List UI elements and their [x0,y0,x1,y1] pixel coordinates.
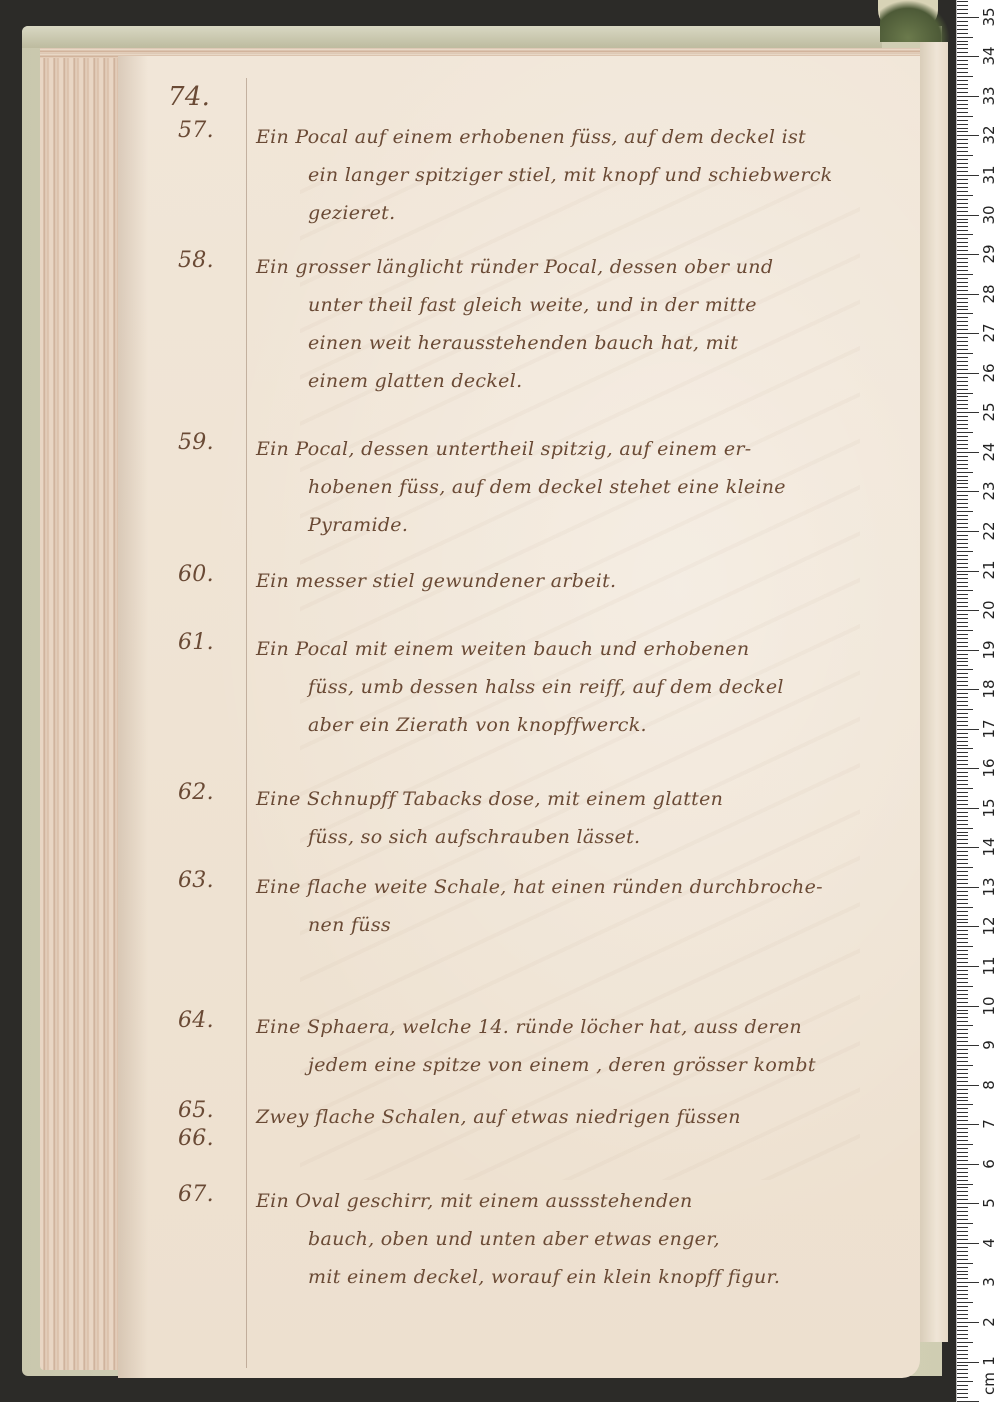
ruler-tick [957,768,979,769]
ruler-tick [957,610,979,611]
entry-text: Ein grosser länglicht ründer Pocal, dess… [256,248,906,400]
ruler-tick [957,756,968,757]
ruler-tick [957,1057,968,1058]
entry-line: füss, umb dessen halss ein reiff, auf de… [256,668,906,706]
ruler-tick [957,1322,979,1323]
ruler-tick [957,385,968,386]
ruler-tick [957,820,968,821]
ruler-tick [957,1255,968,1256]
ruler-tick [957,424,968,425]
ruler-tick [957,828,973,829]
ruler-tick [957,1278,968,1279]
ruler-tick [957,48,968,49]
ruler-tick [957,147,968,148]
ruler-cm-label: 33 [980,86,998,106]
entry-line: Eine Schnupff Tabacks dose, mit einem gl… [256,780,906,818]
ruler-tick [957,290,968,291]
ruler-tick [957,626,968,627]
ruler-tick [957,1097,968,1098]
ruler-tick [957,1168,968,1169]
ruler-tick [957,444,968,445]
ruler-cm-label: 12 [980,916,998,936]
ruler-tick [957,41,968,42]
ruler-tick [957,1326,968,1327]
ruler-tick [957,448,968,449]
ruler-tick [957,938,968,939]
ruler-tick [957,808,979,809]
ruler-tick [957,879,968,880]
ruler-tick [957,966,979,967]
ruler-tick [957,733,968,734]
ruler-tick [957,381,968,382]
ruler-tick [957,1017,968,1018]
ruler-tick [957,400,968,401]
ruler-tick [957,1140,968,1141]
ruler-tick [957,1294,968,1295]
ruler-cm-label: 22 [980,521,998,541]
ruler-tick [957,555,968,556]
ruler-tick [957,792,968,793]
entry-text: Eine flache weite Schale, hat einen ründ… [256,868,906,944]
ruler-tick [957,843,968,844]
folio-number: 74. [168,82,210,112]
ruler-tick [957,131,968,132]
ruler-tick [957,226,968,227]
ruler-tick [957,986,973,987]
entry-line: Zwey flache Schalen, auf etwas niedrigen… [256,1098,906,1136]
ruler-tick [957,393,973,394]
ruler-tick [957,211,968,212]
ruler-tick [957,899,968,900]
ruler-tick [957,776,968,777]
ruler-tick [957,128,968,129]
entry-text: Ein Oval geschirr, mit einem aussstehend… [256,1182,906,1296]
ruler-tick [957,278,968,279]
ruler-tick [957,1108,968,1109]
ruler-tick [957,942,968,943]
ruler-tick [957,246,968,247]
ruler-tick [957,480,968,481]
ruler-tick [957,654,968,655]
ruler-tick [957,309,968,310]
entry-line: unter theil fast gleich weite, und in de… [256,286,906,324]
ruler-tick [957,804,968,805]
entry-number: 58. [178,248,238,273]
ruler-tick [957,614,968,615]
ruler-tick [957,13,968,14]
ruler-tick [957,1389,968,1390]
ruler-tick [957,539,968,540]
ruler-tick [957,677,968,678]
ruler-cm-label: 29 [980,244,998,264]
ruler-tick [957,222,968,223]
ruler-tick [957,816,968,817]
ruler-tick [957,1081,968,1082]
ruler-tick [957,1,968,2]
ruler-tick [957,673,968,674]
ruler-tick [957,1073,968,1074]
ruler-tick [957,970,968,971]
ruler-tick [957,68,968,69]
ruler-tick [957,1203,979,1204]
ruler-tick [957,238,968,239]
ruler-tick [957,1029,968,1030]
ruler-tick [957,373,979,374]
ruler-tick [957,72,968,73]
ruler-tick [957,1025,973,1026]
entry-number: 61. [178,630,238,655]
ruler-tick [957,175,979,176]
ruler-tick [957,17,979,18]
ruler-tick [957,752,968,753]
ruler-tick [957,954,968,955]
ruler-tick [957,499,968,500]
entry-number-secondary: 66. [178,1126,238,1151]
ruler-tick [957,594,968,595]
ruler-tick [957,333,979,334]
ruler-tick [957,302,968,303]
ruler-tick [957,1013,968,1014]
ruler-tick [957,1053,968,1054]
ruler-tick [957,1334,968,1335]
ruler-tick [957,1282,979,1283]
ruler-tick [957,1350,968,1351]
ruler-tick [957,1306,968,1307]
ruler-tick [957,1219,968,1220]
ruler-tick [957,298,968,299]
ruler-cm-label: 13 [980,877,998,897]
ruler-tick [957,1120,968,1121]
ruler-cm-label: 34 [980,46,998,66]
ruler-tick [957,1286,968,1287]
ruler-tick [957,646,968,647]
ruler-tick [957,630,973,631]
ruler-tick [957,1243,979,1244]
ruler-tick [957,1065,973,1066]
ruler-tick [957,1239,968,1240]
ruler-tick [957,396,968,397]
ruler-tick [957,705,968,706]
ruler-tick [957,689,979,690]
entry-text: Eine Sphaera, welche 14. ründe löcher ha… [256,1008,906,1084]
ruler-tick [957,563,968,564]
entry-line: Eine Sphaera, welche 14. ründe löcher ha… [256,1008,906,1046]
ruler-tick [957,452,979,453]
gutter-shadow [118,56,148,1378]
ruler-tick [957,1128,968,1129]
ruler-tick [957,195,973,196]
ruler-tick [957,389,968,390]
ruler-tick [957,1136,968,1137]
ruler-tick [957,1061,968,1062]
ruler-tick [957,80,968,81]
ruler-tick [957,863,968,864]
ruler-tick [957,262,968,263]
ruler-tick [957,1365,968,1366]
ruler-tick [957,1259,968,1260]
ruler-cm-label: 4 [980,1233,998,1253]
ruler-tick [957,96,979,97]
ruler-tick [957,851,968,852]
ruler-tick [957,669,973,670]
ruler-tick [957,1369,968,1370]
ruler-cm-label: 17 [980,719,998,739]
ruler-tick [957,764,968,765]
entry-line: gezieret. [256,194,906,232]
ruler-tick [957,349,968,350]
ruler-tick [957,760,968,761]
ruler-cm-label: 6 [980,1154,998,1174]
ruler-tick [957,282,968,283]
entry-number: 60. [178,562,238,587]
ruler-tick [957,1207,968,1208]
ruler-tick [957,729,979,730]
ruler-cm-label: 25 [980,402,998,422]
ruler-tick [957,199,968,200]
ruler-tick [957,1041,968,1042]
ruler-cm-label: 28 [980,284,998,304]
ruler-tick [957,618,968,619]
ruler-tick [957,950,968,951]
ruler-tick [957,1049,968,1050]
ruler-tick [957,891,968,892]
ruler-tick [957,709,973,710]
ruler-tick [957,33,968,34]
ruler-tick [957,179,968,180]
ruler-tick [957,903,968,904]
ruler-tick [957,650,979,651]
ruler-tick [957,634,968,635]
entry-line: ein langer spitziger stiel, mit knopf un… [256,156,906,194]
ruler-tick [957,270,968,271]
ruler-tick [957,1393,968,1394]
entry-line: füss, so sich aufschrauben lässet. [256,818,906,856]
ruler-tick [957,108,968,109]
ruler-tick [957,416,968,417]
entry-text: Zwey flache Schalen, auf etwas niedrigen… [256,1098,906,1136]
ruler-tick [957,135,979,136]
ruler-tick [957,859,968,860]
ruler-cm-label: 16 [980,758,998,778]
ruler-tick [957,994,968,995]
ruler-tick [957,151,968,152]
ruler-tick [957,191,968,192]
ruler-tick [957,741,968,742]
ruler-tick [957,436,968,437]
ruler-tick [957,1184,973,1185]
ruler-cm-label: 19 [980,640,998,660]
ruler-tick [957,978,968,979]
ruler-tick [957,1033,968,1034]
ruler-tick [957,234,973,235]
ruler-tick [957,598,968,599]
ruler-tick [957,685,968,686]
ruler-cm-label: 3 [980,1272,998,1292]
ruler-tick [957,120,968,121]
ruler-tick [957,139,968,140]
ruler-tick [957,317,968,318]
ruler-tick [957,420,968,421]
ruler-tick [957,56,979,57]
entry-line: Ein Pocal, dessen untertheil spitzig, au… [256,430,906,468]
facing-leaf-edge [920,42,948,1342]
ruler-tick [957,361,968,362]
ruler-tick [957,867,973,868]
ruler-tick [957,341,968,342]
ruler-tick [957,100,968,101]
ruler-tick [957,590,973,591]
binding-top-edge [22,26,882,48]
ruler-tick [957,543,968,544]
ruler-tick [957,353,973,354]
ruler-tick [957,725,968,726]
ruler-tick [957,1346,968,1347]
ruler-tick [957,44,968,45]
ruler-tick [957,167,968,168]
ruler-tick [957,1144,973,1145]
ruler-tick [957,832,968,833]
ruler-tick [957,159,968,160]
ruler-tick [957,1302,973,1303]
ruler-tick [957,1223,973,1224]
ruler-cm-label: 8 [980,1075,998,1095]
ruler-tick [957,183,968,184]
ruler-cm-label: 14 [980,837,998,857]
ruler-tick [957,242,968,243]
ruler-tick [957,535,968,536]
entry-text: Eine Schnupff Tabacks dose, mit einem gl… [256,780,906,856]
ruler-tick [957,523,968,524]
entry-line: Ein Pocal auf einem erhobenen füss, auf … [256,118,906,156]
ruler-cm-label: 20 [980,600,998,620]
ruler-tick [957,602,968,603]
ruler-tick [957,460,968,461]
page-stack-edges [40,48,120,1370]
ruler-tick [957,171,968,172]
ruler-tick [957,745,968,746]
ruler-tick [957,507,968,508]
ruler-cm-label: 10 [980,996,998,1016]
ruler-tick [957,895,968,896]
ruler-tick [957,1191,968,1192]
ruler-tick [957,187,968,188]
entry-text: Ein Pocal, dessen untertheil spitzig, au… [256,430,906,544]
ruler-tick [957,697,968,698]
ruler-tick [957,800,968,801]
ruler-tick [957,404,968,405]
ruler-tick [957,930,968,931]
ruler-tick [957,982,968,983]
ruler-tick [957,1069,968,1070]
ruler-tick [957,578,968,579]
ruler-tick [957,515,968,516]
ruler-tick [957,1176,968,1177]
ruler-tick [957,911,968,912]
ruler-tick [957,1314,968,1315]
entry-line: Eine flache weite Schale, hat einen ründ… [256,868,906,906]
green-headband [880,0,950,42]
ruler-tick [957,1362,979,1363]
entry-text: Ein Pocal auf einem erhobenen füss, auf … [256,118,906,232]
entry-number: 57. [178,118,238,143]
ruler-tick [957,721,968,722]
ruler-tick [957,974,968,975]
ruler-tick [957,369,968,370]
ruler-tick [957,915,968,916]
ruler-tick [957,76,973,77]
ruler-tick [957,567,968,568]
ruler-tick [957,1215,968,1216]
ruler-tick [957,958,968,959]
ruler-tick [957,574,968,575]
ruler-tick [957,52,968,53]
ruler-tick [957,1160,968,1161]
ruler-tick [957,440,968,441]
entry-line: einen weit herausstehenden bauch hat, mi… [256,324,906,362]
ruler-tick [957,919,968,920]
ruler-tick [957,487,968,488]
ruler-tick [957,531,979,532]
ruler-tick [957,571,979,572]
ruler-tick [957,112,968,113]
ruler-tick [957,665,968,666]
ruler-tick [957,365,968,366]
ruler-tick [957,737,968,738]
ruler-tick [957,748,973,749]
ruler-tick [957,1397,968,1398]
ruler-tick [957,116,973,117]
ruler-tick [957,962,968,963]
ruler-tick [957,1381,973,1382]
ruler-tick [957,796,968,797]
ruler-tick [957,1195,968,1196]
ruler-cm-label: 21 [980,560,998,580]
ruler-tick [957,432,973,433]
ruler-tick [957,780,968,781]
ruler-tick [957,1100,968,1101]
ruler-tick [957,5,968,6]
ruler-tick [957,1298,968,1299]
ruler-tick [957,1318,968,1319]
ruler-tick [957,693,968,694]
ruler-tick [957,661,968,662]
ruler-tick [957,230,968,231]
ruler-tick [957,476,968,477]
entry-line: Pyramide. [256,506,906,544]
ruler-tick [957,559,968,560]
ruler-tick [957,717,968,718]
ruler-cm-label: 7 [980,1114,998,1134]
ruler-tick [957,1342,973,1343]
ruler-tick [957,1093,968,1094]
ruler-tick [957,428,968,429]
ruler-tick [957,1006,979,1007]
ruler-tick [957,1152,968,1153]
ruler-cm-label: 23 [980,481,998,501]
ruler-tick [957,60,968,61]
margin-rule-line [246,78,247,1368]
entry-line: aber ein Zierath von knopffwerck. [256,706,906,744]
entry-line: nen füss [256,906,906,944]
entry-line: einem glatten deckel. [256,362,906,400]
ruler-cm-label: 32 [980,125,998,145]
ruler-tick [957,345,968,346]
ruler-tick [957,294,979,295]
ruler-tick [957,321,968,322]
ruler-cm-label: 18 [980,679,998,699]
ruler-tick [957,163,968,164]
ruler-tick [957,551,973,552]
